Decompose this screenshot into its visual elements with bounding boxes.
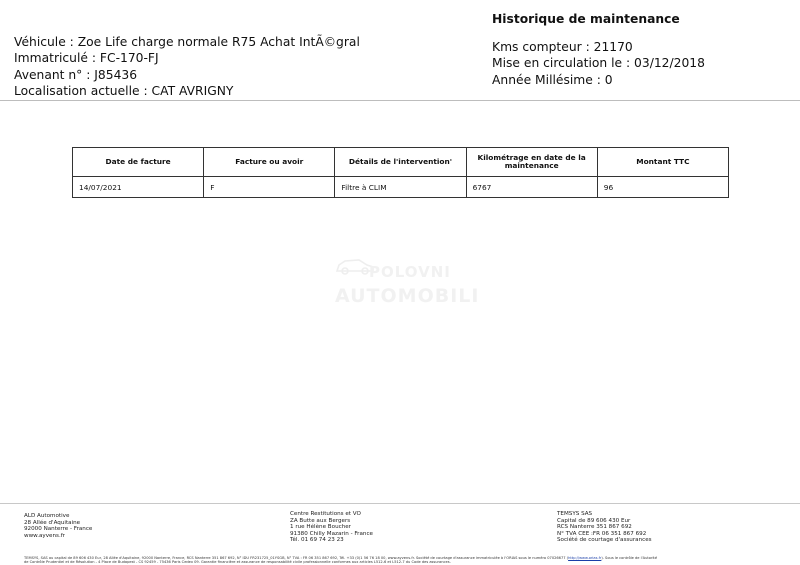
footer-center-street: 1 rue Hélène Boucher <box>290 524 373 531</box>
column-header-invoice-date: Date de facture <box>73 148 204 177</box>
legal-notice: TEMSYS, SAS au capital de 89 606 430 Eur… <box>24 556 784 565</box>
footer-center-name: Centre Restitutions et VO <box>290 511 373 518</box>
column-header-intervention-details: Détails de l'intervention' <box>335 148 466 177</box>
footer-entity-rcs: RCS Nanterre 351 867 692 <box>557 524 652 531</box>
footer-city: 92000 Nanterre - France <box>24 526 92 533</box>
footer-entity-type: Société de courtage d'assurances <box>557 537 652 544</box>
footer-returns-center: Centre Restitutions et VO ZA Butte aux B… <box>290 511 373 544</box>
odometer-reading: Kms compteur : 21170 <box>492 39 705 55</box>
legal-text-2: de Contrôle Prudentiel et de Résolution … <box>24 560 784 564</box>
table-header-row: Date de facture Facture ou avoir Détails… <box>73 148 729 177</box>
footer-legal-entity: TEMSYS SAS Capital de 89 606 430 Eur RCS… <box>557 511 652 544</box>
car-icon <box>335 257 375 275</box>
footer-street: 28 Allée d'Aquitaine <box>24 520 92 527</box>
cell-invoice-type: F <box>204 177 335 198</box>
vehicle-info: Véhicule : Zoe Life charge normale R75 A… <box>14 34 360 100</box>
footer-company-address: ALD Automotive 28 Allée d'Aquitaine 9200… <box>24 513 92 539</box>
registration-date: Mise en circulation le : 03/12/2018 <box>492 55 705 71</box>
maintenance-summary: Historique de maintenance Kms compteur :… <box>492 12 705 88</box>
watermark: POLOVNI AUTOMOBILI <box>333 255 473 310</box>
vehicle-registration: Immatriculé : FC-170-FJ <box>14 50 360 66</box>
footer-company-name: ALD Automotive <box>24 513 92 520</box>
vehicle-model: Véhicule : Zoe Life charge normale R75 A… <box>14 34 360 50</box>
header-divider <box>0 100 800 101</box>
footer-entity-name: TEMSYS SAS <box>557 511 652 518</box>
footer-entity-capital: Capital de 89 606 430 Eur <box>557 518 652 525</box>
contract-amendment: Avenant n° : J85436 <box>14 67 360 83</box>
document-header: Véhicule : Zoe Life charge normale R75 A… <box>0 0 800 100</box>
cell-invoice-date: 14/07/2021 <box>73 177 204 198</box>
current-location: Localisation actuelle : CAT AVRIGNY <box>14 83 360 99</box>
column-header-amount: Montant TTC <box>597 148 728 177</box>
footer-website-link[interactable]: www.ayvens.fr <box>24 533 92 540</box>
footer-divider <box>0 503 800 504</box>
column-header-invoice-type: Facture ou avoir <box>204 148 335 177</box>
legal-text-1: TEMSYS, SAS au capital de 89 606 430 Eur… <box>24 556 568 560</box>
legal-text-1-end: ). Sous le contrôle de l'Autorité <box>601 556 657 560</box>
orias-link[interactable]: http://www.orias.fr <box>568 556 601 560</box>
watermark-line2: AUTOMOBILI <box>335 285 479 307</box>
column-header-mileage: Kilométrage en date de la maintenance <box>466 148 597 177</box>
footer-center-phone: Tél. 01 69 74 23 23 <box>290 537 373 544</box>
table-row: 14/07/2021 F Filtre à CLIM 6767 96 <box>73 177 729 198</box>
maintenance-table: Date de facture Facture ou avoir Détails… <box>72 147 729 198</box>
cell-intervention-details: Filtre à CLIM <box>335 177 466 198</box>
page-title: Historique de maintenance <box>492 12 705 26</box>
cell-mileage: 6767 <box>466 177 597 198</box>
model-year: Année Millésime : 0 <box>492 72 705 88</box>
watermark-line1: POLOVNI <box>369 263 451 281</box>
cell-amount: 96 <box>597 177 728 198</box>
